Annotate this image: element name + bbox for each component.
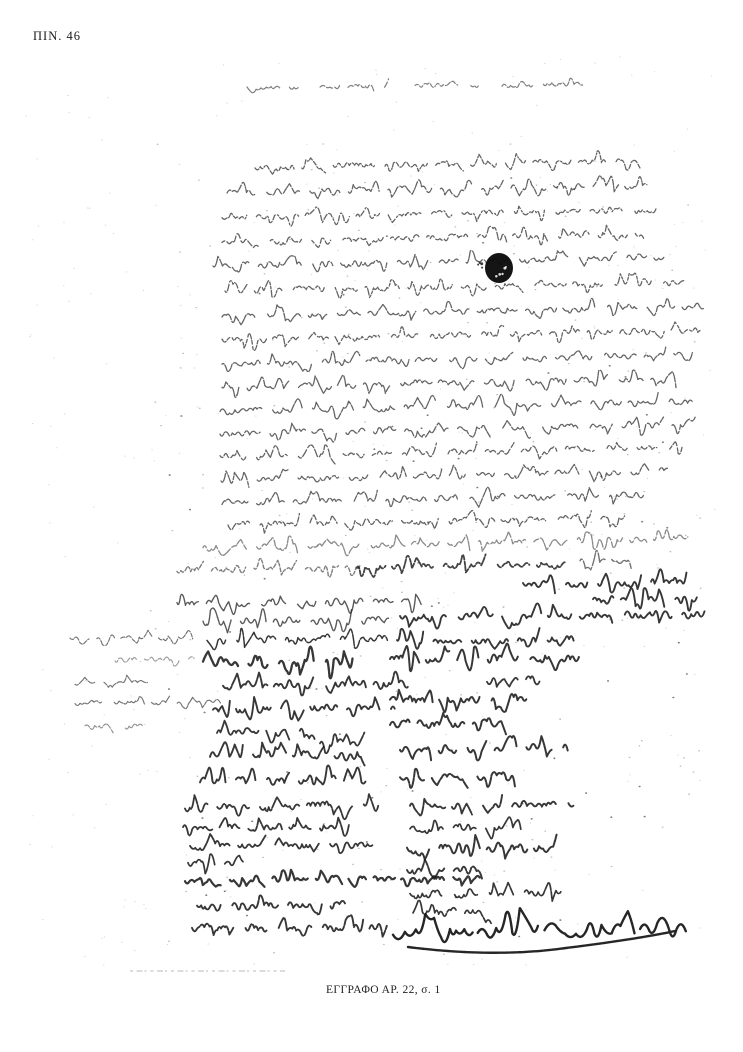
handwriting-line	[222, 225, 644, 247]
handwriting-line	[192, 915, 387, 936]
ink-blot-satellite	[479, 262, 481, 264]
handwriting-line	[523, 569, 687, 593]
handwriting-line	[213, 250, 664, 272]
ink-blot-satellite	[481, 267, 483, 269]
ink-blot-speck	[505, 266, 507, 268]
handwriting-line	[228, 511, 625, 534]
handwriting-line	[407, 835, 557, 860]
noise-dots-dark	[169, 178, 687, 937]
ink-blot-speck	[498, 273, 501, 276]
scanned-plate-page: ΠΙΝ. 46 ΕΓΓΡΑΦΟ ΑΡ. 22, σ. 1	[0, 0, 743, 1052]
handwriting-line	[177, 594, 421, 614]
ink-blot-speck	[495, 275, 498, 278]
handwriting-line	[255, 151, 640, 175]
handwriting-line	[220, 442, 682, 464]
handwriting-line	[183, 818, 349, 836]
group-heading	[247, 78, 583, 92]
handwriting-line	[400, 769, 515, 788]
handwriting-line	[207, 628, 387, 649]
handwriting-line	[393, 908, 686, 953]
handwriting-line	[217, 721, 315, 743]
ink-blot	[477, 253, 513, 283]
noise-dots-tiny	[26, 57, 715, 965]
handwriting-line	[70, 630, 193, 645]
handwriting-line	[397, 628, 574, 649]
handwriting-line	[190, 834, 372, 853]
handwriting-line	[213, 697, 395, 721]
handwriting-line	[487, 676, 540, 687]
handwriting-line	[247, 86, 299, 92]
handwriting-line	[410, 817, 521, 839]
handwriting-line	[210, 742, 365, 765]
group-signatures-left	[177, 594, 480, 936]
handwriting-line	[200, 765, 366, 784]
handwriting-line	[400, 603, 705, 628]
manuscript-facsimile	[0, 0, 743, 1052]
handwriting-line	[203, 530, 688, 556]
handwriting-line	[357, 554, 566, 577]
handwriting-line	[223, 672, 408, 696]
handwriting-line	[188, 854, 243, 873]
handwriting-line	[415, 81, 479, 87]
scan-noise-speckles	[26, 57, 715, 965]
handwriting-line	[320, 733, 364, 754]
handwriting-line	[222, 298, 703, 324]
handwriting-line	[203, 647, 353, 679]
ink-blot-satellite	[477, 264, 479, 266]
handwriting-line	[222, 322, 702, 350]
handwriting-line	[115, 657, 194, 666]
handwriting-line	[407, 860, 482, 879]
handwriting-line	[410, 883, 561, 902]
handwriting-line	[227, 176, 647, 199]
handwriting-line	[221, 464, 669, 488]
group-closing	[177, 551, 631, 578]
handwriting-line	[220, 417, 695, 442]
group-body	[203, 151, 703, 556]
handwriting-line	[320, 85, 340, 88]
document-caption: ΕΓΓΡΑΦΟ ΑΡ. 22, σ. 1	[326, 984, 441, 996]
handwriting-line	[502, 78, 583, 87]
handwriting-line	[177, 559, 360, 578]
group-signatures-right	[390, 569, 705, 923]
handwriting-line	[225, 273, 685, 298]
ink-blot-body	[485, 253, 513, 283]
handwriting-line	[185, 794, 378, 819]
handwriting-line	[390, 713, 506, 734]
handwriting-line	[593, 588, 697, 611]
handwriting-line	[348, 79, 389, 91]
handwriting-line	[222, 347, 692, 372]
group-final-signature	[393, 908, 686, 953]
ink-blot-speck	[501, 273, 503, 275]
group-margin-notes	[70, 630, 220, 733]
handwriting-line	[222, 370, 676, 397]
handwriting-line	[580, 551, 631, 570]
handwriting-line	[220, 393, 692, 419]
handwriting-line	[222, 487, 643, 507]
handwriting-line	[85, 724, 142, 733]
handwriting-line	[222, 206, 656, 226]
handwriting-line	[410, 795, 573, 816]
handwriting-line	[75, 675, 147, 687]
handwriting-line	[75, 696, 220, 709]
handwriting-line	[203, 608, 389, 633]
handwriting-line	[400, 736, 568, 760]
handwriting-line	[390, 690, 526, 712]
handwriting-line	[197, 895, 345, 914]
